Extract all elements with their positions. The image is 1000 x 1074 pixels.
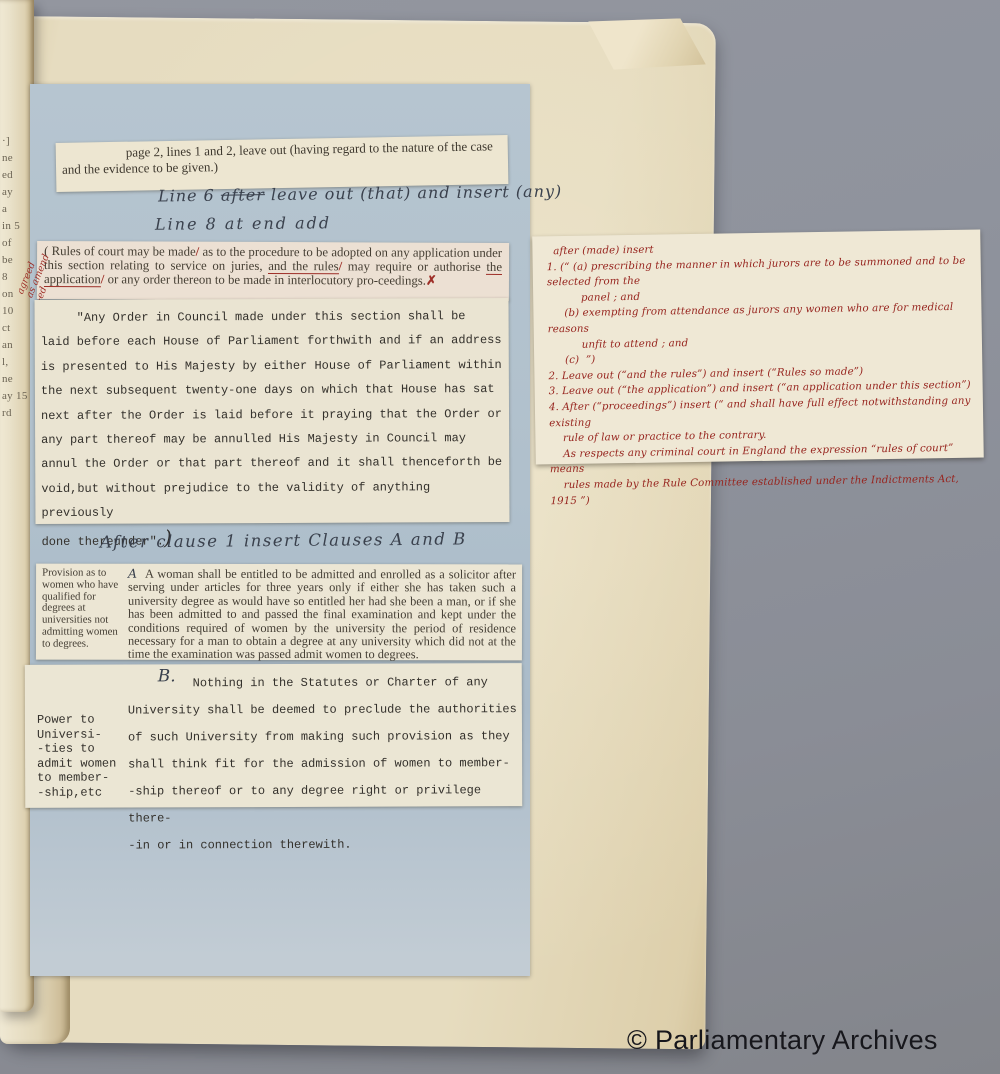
amendment-slip-clause-b: Power to Universi- -ties to admit women …: [25, 663, 522, 808]
clause-b-text: Nothing in the Statutes or Charter of an…: [128, 669, 521, 859]
clause-b-marginal-note: Power to Universi- -ties to admit women …: [37, 713, 117, 800]
clause-a-body: AA woman shall be entitled to be admitte…: [128, 567, 516, 663]
rules-red-underline-1: and the rules: [268, 259, 338, 274]
copyright-watermark: © Parliamentary Archives: [627, 1025, 938, 1056]
clause-a-text: A woman shall be entitled to be admitted…: [128, 567, 516, 662]
book-gutter-edge: ·] ne ed ay a in 5 of be 8 on 10 ct an l…: [0, 0, 34, 1012]
amendment-slip-rules-of-court: ( Rules of court may be made/ as to the …: [37, 241, 509, 301]
red-cross-mark: ✗: [426, 274, 437, 288]
order-in-council-text: "Any Order in Council made under this se…: [41, 309, 503, 549]
handwritten-insert-clauses-note: After clause 1 insert Clauses A and B: [100, 529, 467, 551]
rules-text-seg4: or any order thereon to be made in inter…: [104, 272, 426, 287]
rules-text-seg3: may require or authorise: [342, 259, 486, 274]
clause-a-marginal-note: Provision as to women who have qualified…: [42, 568, 122, 651]
hw-line6-prefix: Line 6: [158, 186, 221, 206]
amendment-slip-order-in-council: "Any Order in Council made under this se…: [35, 298, 510, 524]
handwritten-label-a: A: [128, 566, 145, 581]
red-manuscript-text: after (made) insert 1. (“ (a) prescribin…: [546, 238, 978, 510]
amendment-slip-clause-a: Provision as to women who have qualified…: [36, 564, 522, 661]
red-manuscript-amendments-slip: after (made) insert 1. (“ (a) prescribin…: [532, 229, 984, 464]
hw-line6-struck-word: after: [221, 185, 265, 205]
handwritten-line8-amendment: Line 8 at end add: [155, 213, 331, 234]
hw-line6-suffix: leave out (that) and insert (any): [265, 182, 563, 205]
